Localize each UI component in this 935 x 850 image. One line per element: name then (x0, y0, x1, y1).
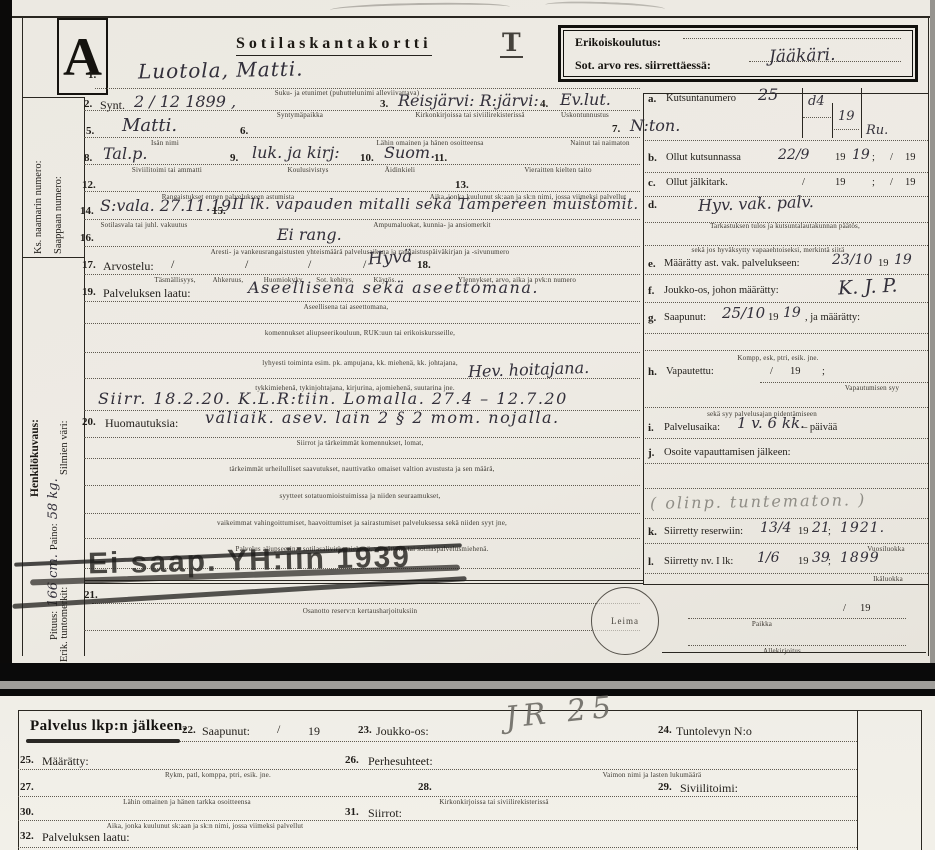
caption-machinegun: lyhyesti toiminta esim. pk. ampujana, kk… (262, 360, 458, 367)
field-2-number: 2. (84, 99, 92, 110)
row-g-date: 25/10 (722, 306, 765, 321)
row-l-caption: Ikäluokka (873, 576, 903, 583)
row-c-semicolon: ; (872, 178, 875, 189)
dotted-line (84, 538, 640, 539)
dotted-line (84, 485, 640, 486)
main-right-divider (643, 93, 644, 584)
field-17-number: 17. (82, 260, 96, 271)
dotted-line (84, 513, 640, 514)
field-28-caption: Kirkonkirjoissa tai siviilirekisterissä (439, 799, 548, 806)
hand-horse-keeper: Hev. hoitajana. (468, 360, 590, 380)
stamp-circle: Leima (591, 587, 659, 655)
row-f-label: Joukko-os, johon määrätty: (664, 286, 779, 297)
row-c-year-2: 19 (905, 178, 916, 189)
place-caption: Paikka (752, 621, 772, 628)
field-1-name-value: Luotola, Matti. (138, 59, 304, 82)
card-left-rule (22, 17, 23, 656)
row-k-semicolon: ; (828, 527, 831, 538)
dotted-line (84, 219, 640, 220)
lower-card-left-rule (18, 710, 19, 850)
caption-ruk: komennukset aliupseerikouluun, RUK:uun t… (265, 330, 455, 337)
field-27-number: 27. (20, 782, 34, 793)
row-a-value: 25 (758, 87, 778, 103)
field-12-number: 12. (82, 180, 96, 191)
field-15-caption: Ampumaluokat, kunnia- ja ansiomerkit (373, 222, 490, 229)
row-b-label: Ollut kutsunnassa (666, 153, 741, 164)
field-24-number: 24. (658, 725, 672, 736)
row-i-suffix: – päivää (802, 423, 837, 434)
dotted-line (84, 274, 640, 275)
cell-divider (802, 88, 803, 138)
row-b-year-print: 19 (835, 153, 846, 164)
signature-caption: Allekirjoitus (763, 648, 801, 655)
dotted-line (178, 741, 857, 742)
field-20-value: väliaik. asev. lain 2 § 2 mom. nojalla. (205, 410, 560, 426)
field-5-value: Matti. (122, 117, 177, 135)
cell-divider (861, 88, 862, 138)
dotted-line (84, 301, 640, 302)
row-a-label: Kutsuntanumero (666, 94, 736, 105)
field-29-label: Siviilitoimi: (680, 782, 738, 794)
row-b-date: 22/9 (778, 148, 809, 162)
row-g-year-hand: 19 (783, 306, 801, 320)
row-k-label: Siirretty reserwiin: (664, 527, 743, 538)
field-9-number: 9. (230, 153, 238, 164)
row-b-year-2: 19 (905, 153, 916, 164)
row-f-number: f. (648, 286, 654, 297)
field-28-number: 28. (418, 782, 432, 793)
field-25-label: Määrätty: (42, 755, 89, 767)
separator-stripe (0, 681, 935, 689)
field-19-label: Palveluksen laatu: (103, 287, 191, 299)
field-13-number: 13. (455, 180, 469, 191)
field-4-number: 4. (540, 99, 548, 110)
header-underline-bar (26, 739, 180, 743)
dotted-line (645, 488, 928, 489)
dotted-line (84, 458, 640, 459)
dotted-line (645, 350, 928, 351)
t-mark: T (500, 30, 523, 58)
field-31-number: 31. (345, 807, 359, 818)
dotted-line (84, 191, 640, 192)
field-10-caption: Äidinkieli (385, 167, 415, 174)
row-a-cell-1: d4 (808, 95, 825, 108)
field-7-caption: Nainut tai naimaton (570, 140, 629, 147)
dotted-line (18, 847, 857, 848)
row-c-slash-2: / (890, 178, 893, 189)
row-h-year: 19 (790, 367, 801, 378)
dotted-line (84, 437, 640, 438)
row-h-caption: Vapautumisen syy (845, 385, 899, 392)
field-24-label: Tuntolevyn N:o (676, 725, 752, 737)
field-1-number: 1. (88, 70, 96, 81)
caption-court: syytteet sotatuomioistuimissa ja niiden … (280, 493, 441, 500)
dotted-line (92, 603, 640, 604)
lower-card-top-rule (18, 710, 922, 711)
field-20-caption: Siirrot ja tärkeimmät komennukset, lomat… (297, 440, 424, 447)
dotted-line (18, 796, 857, 797)
field-26-label: Perhesuhteet: (368, 755, 433, 767)
dotted-line (84, 352, 640, 353)
dotted-line (645, 518, 928, 519)
field-25-number: 25. (20, 755, 34, 766)
special-marks-label: Erik. tuntomerkit: (60, 587, 71, 662)
row-d-caption-2: sekä jos hyväksytty vapaaehtoiseksi, mer… (692, 247, 845, 254)
field-17-slash-4: / (363, 258, 366, 270)
field-21-number: 21. (84, 590, 98, 601)
field-23-label: Joukko-os: (376, 725, 429, 737)
field-32-label: Palveluksen laatu: (42, 831, 130, 843)
dotted-line (84, 164, 640, 165)
field-19-value: Aseellisena sekä aseettomana. (248, 280, 539, 296)
row-h-semicolon: ; (822, 367, 825, 378)
reserve-rank-value: Jääkäri. (769, 47, 836, 66)
field-3-caption: Kirkonkirjoissa tai siviilirekisterissä (415, 112, 524, 119)
field-6-number: 6. (240, 126, 248, 137)
row-c-slash-1: / (802, 178, 805, 189)
dotted-line (84, 246, 640, 247)
dotted-line (84, 378, 640, 379)
scan-edge-left (0, 0, 12, 663)
row-b-year-hand: 19 (852, 148, 870, 162)
military-record-card-scan: A Sotilaskantakortti T Erikoiskoulutus: … (0, 0, 935, 850)
field-27-caption: Lähin omainen ja hänen tarkka osoitteens… (123, 799, 251, 806)
field-30-number: 30. (20, 807, 34, 818)
field-16-caption: Aresti- ja vankeusrangaistusten yhteismä… (211, 249, 510, 256)
row-b-slash: / (890, 153, 893, 164)
dotted-line (688, 645, 906, 646)
row-a-cell-2: 19 (838, 110, 855, 123)
dotted-line (645, 463, 928, 464)
field-17-value: Hyvä (367, 248, 412, 268)
row-e-year-hand: 19 (894, 253, 912, 267)
special-training-label: Erikoiskoulutus: (575, 36, 661, 48)
dotted-line (84, 630, 640, 631)
field-2-caption: Syntymäpaikka (277, 112, 323, 119)
sign-date-year: 19 (860, 604, 871, 615)
dotted-line (803, 117, 831, 118)
field-2-label: Synt. (100, 99, 125, 111)
field-20-number: 20. (82, 417, 96, 428)
field-9-caption: Koulusivistys (287, 167, 328, 174)
row-e-label: Määrätty ast. vak. palvelukseen: (664, 259, 800, 270)
field-16-number: 16. (80, 233, 94, 244)
right-col-bottom-rule (643, 584, 928, 585)
dotted-line (18, 769, 857, 770)
field-22-year: 19 (308, 725, 320, 737)
pencil-whereabouts-note: ( olinp. tuntematon. ) (650, 492, 867, 512)
row-g-number: g. (648, 313, 656, 324)
dotted-line (84, 137, 640, 138)
row-k-number: k. (648, 527, 657, 538)
row-b-semicolon: ; (872, 153, 875, 164)
caption-sports: tärkeimmät urheilulliset saavutukset, na… (229, 466, 494, 473)
field-9-value: luk. ja kirj: (252, 145, 340, 161)
row-f-value: K. J. P. (838, 276, 898, 298)
caption-injuries: vaikeimmat vahingoittumiset, haavoittumi… (217, 520, 507, 527)
row-l-date: 1/6 (757, 551, 780, 565)
weight-label: Paino: (49, 523, 60, 550)
special-training-box: Erikoiskoulutus: Sot. arvo res. siirrett… (558, 25, 918, 82)
row-c-label: Ollut jälkitark. (666, 178, 728, 189)
card-right-rule (928, 17, 929, 656)
field-11-caption: Vieraitten kielten taito (524, 167, 591, 174)
field-7-value: N:ton. (630, 118, 680, 134)
series-letter-box: A (57, 18, 108, 95)
dotted-line (645, 140, 928, 141)
weight-value: 58 kg. (46, 478, 61, 519)
field-25-caption: Rykm, patl, komppa, ptri, esik. jne. (165, 772, 271, 779)
field-19-number: 19. (82, 287, 96, 298)
row-i-value: 1 v. 6 kk. (737, 416, 805, 431)
lower-card-divider (857, 710, 858, 850)
dotted-line (645, 438, 928, 439)
personal-description-header: Henkilökuvaus: (30, 419, 42, 497)
row-l-year-print: 19 (798, 557, 809, 568)
mask-number-label: Ks. naamarin numero: (34, 160, 45, 254)
field-20-label: Huomautuksia: (105, 417, 178, 429)
field-8-caption: Siviilitoimi tai ammatti (132, 167, 202, 174)
field-17-slash-2: / (245, 258, 248, 270)
row-k-date: 13/4 (760, 521, 791, 535)
sidebar-top-rule (22, 97, 84, 98)
sidebar-divider (22, 257, 84, 258)
field-8-value: Tal.p. (103, 146, 148, 162)
boot-number-label: Saappaan numero: (54, 176, 65, 254)
row-e-number: e. (648, 259, 656, 270)
row-b-number: b. (648, 153, 657, 164)
dotted-line (645, 333, 928, 334)
row-a-cell-3: Ru. (866, 124, 888, 137)
field-22-label: Saapunut: (202, 725, 250, 737)
field-5-caption: Isän nimi (151, 140, 179, 147)
row-l-semicolon: ; (828, 557, 831, 568)
row-g-label-2: , ja määrätty: (805, 313, 860, 324)
lower-card-header: Palvelus lkp:n jälkeen. (30, 719, 187, 734)
eye-color-label: Silmien väri: (60, 420, 71, 475)
field-4-caption: Uskontunnustus (561, 112, 609, 119)
row-j-number: j. (648, 448, 654, 459)
field-26-number: 26. (345, 755, 359, 766)
field-3-number: 3. (380, 99, 388, 110)
dotted-line (834, 129, 859, 130)
card-top-rule (12, 16, 930, 18)
row-d-number: d. (648, 200, 657, 211)
field-7-number: 7. (612, 124, 620, 135)
row-g-label: Saapunut: (664, 313, 706, 324)
dotted-line (760, 382, 928, 383)
field-3-value: Reisjärvi: R:järvi: (398, 93, 539, 109)
field-10-number: 10. (360, 153, 374, 164)
field-17-slash-3: / (308, 258, 311, 270)
row-a-number: a. (648, 94, 656, 105)
field-5-number: 5. (86, 126, 94, 137)
row-e-year-print: 19 (878, 259, 889, 270)
scan-edge-right (930, 0, 935, 663)
cell-divider (832, 103, 833, 138)
row-d-value: Hyv. vak. palv. (698, 194, 814, 214)
field-30-caption: Aika, jonka kuulunut sk:aan ja sk:n nimi… (107, 823, 304, 830)
sign-date-slash: / (843, 604, 846, 615)
row-l-label: Siirretty nv. I lk: (664, 557, 733, 568)
field-17-caption-1: Täsmällisyys, (154, 277, 195, 284)
row-g-year-print: 19 (768, 313, 779, 324)
row-i-label: Palvelusaika: (664, 423, 720, 434)
dotted-line (645, 172, 928, 173)
field-11-number: 11. (434, 153, 447, 164)
row-h-slash: / (770, 367, 773, 378)
row-c-year-1: 19 (835, 178, 846, 189)
dotted-line (645, 302, 928, 303)
dotted-line (18, 820, 857, 821)
field-19-caption: Aseellisena tai aseettomana, (304, 304, 389, 311)
field-22-slash: / (277, 723, 280, 735)
row-l-number: l. (648, 557, 654, 568)
field-17-slash-1: / (171, 258, 174, 270)
field-15-number: 15. (212, 206, 226, 217)
row-l-class: 1899 (840, 551, 880, 565)
dotted-line (688, 618, 906, 619)
dotted-line (683, 38, 901, 39)
row-d-caption-1: Tarkastuksen tulos ja kutsuntalautakunna… (710, 223, 860, 230)
field-22-number: 22. (182, 725, 196, 736)
row-k-year-print: 19 (798, 527, 809, 538)
caption-kompp: Kompp, esk, ptri, esik. jne. (737, 355, 818, 362)
row-e-date: 23/10 (832, 253, 872, 267)
field-21-caption: Osanotto reserv:n kertausharjoituksiin (303, 608, 418, 615)
dotted-line (645, 543, 928, 544)
field-15-value: II lk. vapauden mitalli sekä Tampereen m… (232, 197, 639, 212)
field-17-caption-2: Ahkeruus, (213, 277, 244, 284)
dotted-line (84, 323, 640, 324)
stamp-circle-label: Leima (611, 617, 639, 626)
field-10-value: Suom. (384, 145, 435, 161)
row-h-label: Vapautettu: (666, 367, 714, 378)
field-31-label: Siirrot: (368, 807, 402, 819)
field-17-label: Arvostelu: (103, 260, 154, 272)
row-c-number: c. (648, 178, 656, 189)
reserve-rank-label: Sot. arvo res. siirrettäessä: (575, 59, 711, 71)
row-j-label: Osoite vapauttamisen jälkeen: (664, 448, 791, 459)
field-14-number: 14. (80, 206, 94, 217)
field-32-number: 32. (20, 831, 34, 842)
separator-band (0, 663, 935, 696)
row-i-number: i. (648, 423, 654, 434)
dotted-line (645, 573, 928, 574)
field-26-caption: Vaimon nimi ja lasten lukumäärä (603, 772, 702, 779)
field-2-value: 2 / 12 1899 , (134, 94, 236, 110)
field-18-number: 18. (417, 260, 431, 271)
hand-transfer-note: Siirr. 18.2.20. K.L.R:tiin. Lomalla. 27.… (98, 391, 568, 407)
field-14-caption: Sotilasvala tai juhl. vakuutus (101, 222, 188, 229)
row-k-class: 1921. (840, 521, 885, 535)
field-4-value: Ev.lut. (560, 92, 611, 108)
field-29-number: 29. (658, 782, 672, 793)
field-23-number: 23. (358, 725, 372, 736)
row-h-number: h. (648, 367, 657, 378)
page-title: Sotilaskantakortti (236, 36, 432, 56)
field-8-number: 8. (84, 153, 92, 164)
dotted-line (645, 407, 928, 408)
field-16-value: Ei rang. (277, 227, 342, 243)
lower-card-right-rule (921, 710, 922, 850)
